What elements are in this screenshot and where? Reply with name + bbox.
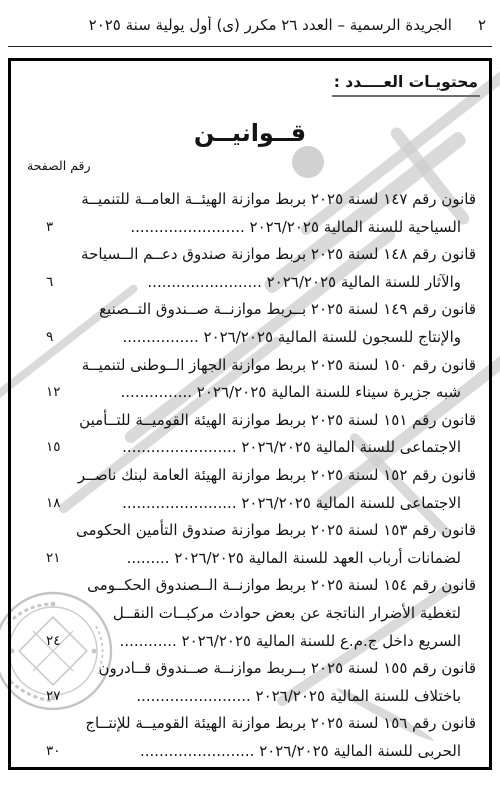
toc-entry-line: قانون رقم ١٤٨ لسنة ٢٠٢٥ بربط موازنة صندو… [21, 241, 476, 269]
toc-entry-line: قانون رقم ١٤٩ لسنة ٢٠٢٥ بــربط موازنــة … [21, 296, 476, 324]
header-rule [8, 46, 492, 47]
toc-entry-line: لضمانات أرباب العهد للسنة المالية ٢٠٢٦/٢… [21, 545, 476, 573]
toc-entry-page-number: ١٥ [46, 434, 61, 462]
toc-entry-page-number: ٢١ [46, 545, 61, 573]
toc-entry-page-number: ٢٤ [46, 628, 61, 656]
gazette-contents-page: ٢ الجريدة الرسمية – العدد ٢٦ مكرر (ى) أو… [0, 0, 500, 793]
toc-entry-line: قانون رقم ١٥٢ لسنة ٢٠٢٥ بربط موازنة الهي… [21, 462, 476, 490]
toc-entry-line: الاجتماعى للسنة المالية ٢٠٢٦/٢٠٢٥ ......… [21, 490, 476, 518]
toc-entry-list: قانون رقم ١٤٧ لسنة ٢٠٢٥ بربط موازنة الهي… [11, 186, 489, 765]
toc-entry: قانون رقم ١٥١ لسنة ٢٠٢٥ بربط موازنة الهي… [21, 407, 476, 462]
toc-entry-line: قانون رقم ١٤٧ لسنة ٢٠٢٥ بربط موازنة الهي… [21, 186, 476, 214]
toc-entry-page-number: ٩ [46, 324, 53, 352]
toc-entry-line: والآثار للسنة المالية ٢٠٢٦/٢٠٢٥ ........… [21, 269, 476, 297]
toc-entry-page-number: ١٢ [46, 379, 61, 407]
page-number-column-label: رقم الصفحة [27, 158, 91, 173]
toc-entry-line: قانون رقم ١٥٥ لسنة ٢٠٢٥ بــربط موازنــة … [21, 655, 476, 683]
toc-entry: قانون رقم ١٥٤ لسنة ٢٠٢٥ بربط موازنــة ال… [21, 572, 476, 655]
toc-entry-page-number: ٣٠ [46, 738, 61, 766]
toc-entry-line: لتغطية الأضرار الناتجة عن بعض حوادث مركب… [21, 600, 476, 628]
section-title-laws: قــوانيــن [11, 119, 489, 147]
toc-entry: قانون رقم ١٤٩ لسنة ٢٠٢٥ بــربط موازنــة … [21, 296, 476, 351]
toc-entry-line: شبه جزيرة سيناء للسنة المالية ٢٠٢٦/٢٠٢٥ … [21, 379, 476, 407]
toc-entry: قانون رقم ١٥٠ لسنة ٢٠٢٥ بربط موازنة الجه… [21, 352, 476, 407]
toc-entry-line: الحربى للسنة المالية ٢٠٢٦/٢٠٢٥ .........… [21, 738, 476, 766]
toc-entry: قانون رقم ١٤٧ لسنة ٢٠٢٥ بربط موازنة الهي… [21, 186, 476, 241]
running-head-title: الجريدة الرسمية – العدد ٢٦ مكرر (ى) أول … [10, 16, 452, 34]
toc-entry-line: الاجتماعى للسنة المالية ٢٠٢٦/٢٠٢٥ ......… [21, 434, 476, 462]
toc-entry-line: قانون رقم ١٥٤ لسنة ٢٠٢٥ بربط موازنــة ال… [21, 572, 476, 600]
toc-entry: قانون رقم ١٥٣ لسنة ٢٠٢٥ بربط موازنة صندو… [21, 517, 476, 572]
contents-heading-wrap: محتويـات العــــدد : [332, 72, 480, 97]
toc-entry-line: والإنتاج للسجون للسنة المالية ٢٠٢٦/٢٠٢٥ … [21, 324, 476, 352]
running-head: ٢ الجريدة الرسمية – العدد ٢٦ مكرر (ى) أو… [10, 16, 486, 34]
toc-entry-line: قانون رقم ١٥٣ لسنة ٢٠٢٥ بربط موازنة صندو… [21, 517, 476, 545]
toc-entry-page-number: ٦ [46, 269, 53, 297]
toc-entry-line: قانون رقم ١٥٦ لسنة ٢٠٢٥ بربط موازنة الهي… [21, 710, 476, 738]
running-head-page-number: ٢ [478, 16, 486, 34]
toc-entry: قانون رقم ١٤٨ لسنة ٢٠٢٥ بربط موازنة صندو… [21, 241, 476, 296]
toc-entry-line: باختلاف للسنة المالية ٢٠٢٦/٢٠٢٥ ........… [21, 683, 476, 711]
toc-entry-line: قانون رقم ١٥١ لسنة ٢٠٢٥ بربط موازنة الهي… [21, 407, 476, 435]
toc-entry-page-number: ٢٧ [46, 683, 61, 711]
toc-entry-page-number: ١٨ [46, 490, 61, 518]
toc-entry: قانون رقم ١٥٦ لسنة ٢٠٢٥ بربط موازنة الهي… [21, 710, 476, 765]
contents-box: محتويـات العــــدد : قــوانيــن رقم الصف… [8, 58, 492, 770]
toc-entry: قانون رقم ١٥٥ لسنة ٢٠٢٥ بــربط موازنــة … [21, 655, 476, 710]
toc-entry-page-number: ٣ [46, 214, 53, 242]
toc-entry-line: السريع داخل ج.م.ع للسنة المالية ٢٠٢٦/٢٠٢… [21, 628, 476, 656]
toc-entry: قانون رقم ١٥٢ لسنة ٢٠٢٥ بربط موازنة الهي… [21, 462, 476, 517]
contents-heading: محتويـات العــــدد : [332, 73, 480, 97]
toc-entry-line: السياحية للسنة المالية ٢٠٢٦/٢٠٢٥ .......… [21, 214, 476, 242]
toc-entry-line: قانون رقم ١٥٠ لسنة ٢٠٢٥ بربط موازنة الجه… [21, 352, 476, 380]
